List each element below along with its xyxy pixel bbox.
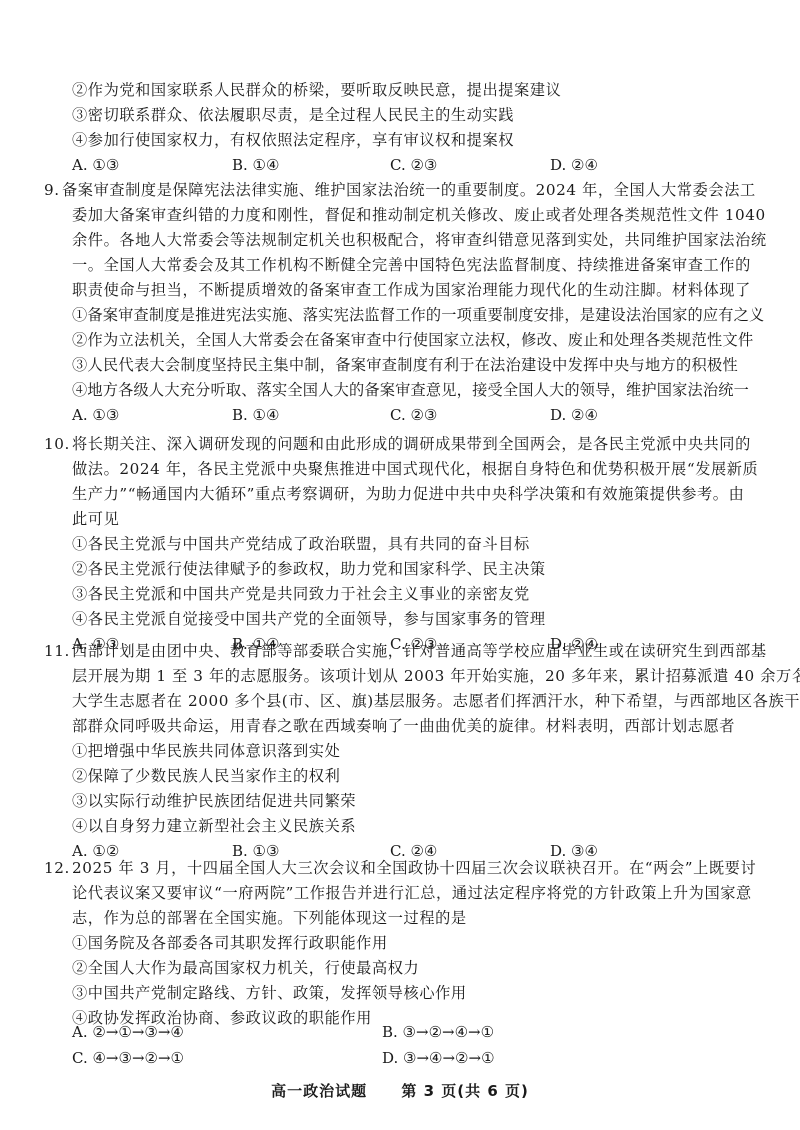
q9-statement-2: ②作为立法机关，全国人大常委会在备案审查中行使国家立法权，修改、废止和处理各类规… [72, 330, 753, 350]
footer-page-number: 第 3 页(共 6 页) [401, 1082, 528, 1100]
q8-option-d: D. ②④ [550, 155, 598, 175]
q9-stem-line: 职责使命与担当，不断提质增效的备案审查工作成为国家治理能力现代化的生动注脚。材料… [72, 280, 751, 300]
q10-statement-4: ④各民主党派自觉接受中国共产党的全面领导，参与国家事务的管理 [72, 609, 546, 629]
q12-stem-line: 志，作为总的部署在全国实施。下列能体现这一过程的是 [72, 908, 467, 928]
q10-stem-line: 做法。2024 年，各民主党派中央聚焦推进中国式现代化，根据自身特色和优势积极开… [72, 459, 758, 479]
q9-option-b: B. ①④ [232, 405, 279, 425]
q12-statement-2: ②全国人大作为最高国家权力机关，行使最高权力 [72, 958, 419, 978]
page-footer: 高一政治试题 第 3 页(共 6 页) [0, 1080, 800, 1101]
q11-stem-line: 层开展为期 1 至 3 年的志愿服务。该项计划从 2003 年开始实施，20 多… [72, 666, 800, 686]
q12-number: 12. [44, 858, 70, 878]
q11-stem-line: 部群众同呼吸共命运，用青春之歌在西域奏响了一曲曲优美的旋律。材料表明，西部计划志… [72, 716, 735, 736]
q8-option-b: B. ①④ [232, 155, 279, 175]
q12-stem-line: 2025 年 3 月，十四届全国人大三次会议和全国政协十四届三次会议联袂召开。在… [72, 858, 756, 878]
q9-option-c: C. ②③ [390, 405, 437, 425]
q9-statement-1: ①备案审查制度是推进宪法实施、落实宪法监督工作的一项重要制度安排，是建设法治国家… [72, 305, 764, 325]
q9-statement-3: ③人民代表大会制度坚持民主集中制，备案审查制度有利于在法治建设中发挥中央与地方的… [72, 355, 738, 375]
q10-stem-line: 将长期关注、深入调研发现的问题和由此形成的调研成果带到全国两会，是各民主党派中央… [72, 434, 751, 454]
q10-statement-1: ①各民主党派与中国共产党结成了政治联盟，具有共同的奋斗目标 [72, 534, 530, 554]
q9-option-a: A. ①③ [72, 405, 119, 425]
q9-statement-4: ④地方各级人大充分听取、落实全国人大的备案审查意见，接受全国人大的领导，维护国家… [72, 380, 749, 400]
q12-option-c: C. ④→③→②→① [72, 1048, 184, 1068]
footer-subject: 高一政治试题 [271, 1082, 367, 1100]
q11-stem-line: 西部计划是由团中央、教育部等部委联合实施，针对普通高等学校应届毕业生或在读研究生… [72, 641, 767, 661]
q10-stem-line: 此可见 [72, 509, 119, 529]
q8-option-a: A. ①③ [72, 155, 119, 175]
q12-stem-line: 论代表议案又要审议“一府两院”工作报告并进行汇总，通过法定程序将党的方针政策上升… [72, 883, 752, 903]
q11-statement-1: ①把增强中华民族共同体意识落到实处 [72, 741, 340, 761]
q12-option-b: B. ③→②→④→① [382, 1022, 494, 1042]
q10-stem-line: 生产力”“畅通国内大循环”重点考察调研，为助力促进中共中央科学决策和有效施策提供… [72, 484, 744, 504]
q12-statement-3: ③中国共产党制定路线、方针、政策，发挥领导核心作用 [72, 983, 467, 1003]
q11-number: 11. [44, 641, 70, 661]
q11-statement-3: ③以实际行动维护民族团结促进共同繁荣 [72, 791, 356, 811]
q10-number: 10. [44, 434, 70, 454]
q8-statement-3: ③密切联系群众、依法履职尽责，是全过程人民民主的生动实践 [72, 105, 514, 125]
q9-stem-line: 委加大备案审查纠错的力度和刚性，督促和推动制定机关修改、废止或者处理各类规范性文… [72, 205, 766, 225]
q12-option-a: A. ②→①→③→④ [72, 1022, 184, 1042]
exam-page: ②作为党和国家联系人民群众的桥梁，要听取反映民意，提出提案建议 ③密切联系群众、… [0, 0, 800, 1130]
q9-stem-line: 余件。各地人大常委会等法规制定机关也积极配合，将审查纠错意见落到实处，共同维护国… [72, 230, 767, 250]
q12-option-d: D. ③→④→②→① [382, 1048, 495, 1068]
q10-statement-3: ③各民主党派和中国共产党是共同致力于社会主义事业的亲密友党 [72, 584, 530, 604]
q8-statement-4: ④参加行使国家权力，有权依照法定程序，享有审议权和提案权 [72, 130, 514, 150]
q9-stem-line: 备案审查制度是保障宪法法律实施、维护国家法治统一的重要制度。2024 年，全国人… [62, 180, 756, 200]
q11-stem-line: 大学生志愿者在 2000 多个县(市、区、旗)基层服务。志愿者们挥洒汗水，种下希… [72, 691, 800, 711]
q11-statement-4: ④以自身努力建立新型社会主义民族关系 [72, 816, 356, 836]
q8-statement-2: ②作为党和国家联系人民群众的桥梁，要听取反映民意，提出提案建议 [72, 80, 561, 100]
q9-number: 9. [44, 180, 60, 200]
q10-statement-2: ②各民主党派行使法律赋予的参政权，助力党和国家科学、民主决策 [72, 559, 546, 579]
q8-option-c: C. ②③ [390, 155, 437, 175]
q12-statement-1: ①国务院及各部委各司其职发挥行政职能作用 [72, 933, 388, 953]
q9-stem-line: 一。全国人大常委会及其工作机构不断健全完善中国特色宪法监督制度、持续推进备案审查… [72, 255, 751, 275]
q9-option-d: D. ②④ [550, 405, 598, 425]
q11-statement-2: ②保障了少数民族人民当家作主的权利 [72, 766, 340, 786]
